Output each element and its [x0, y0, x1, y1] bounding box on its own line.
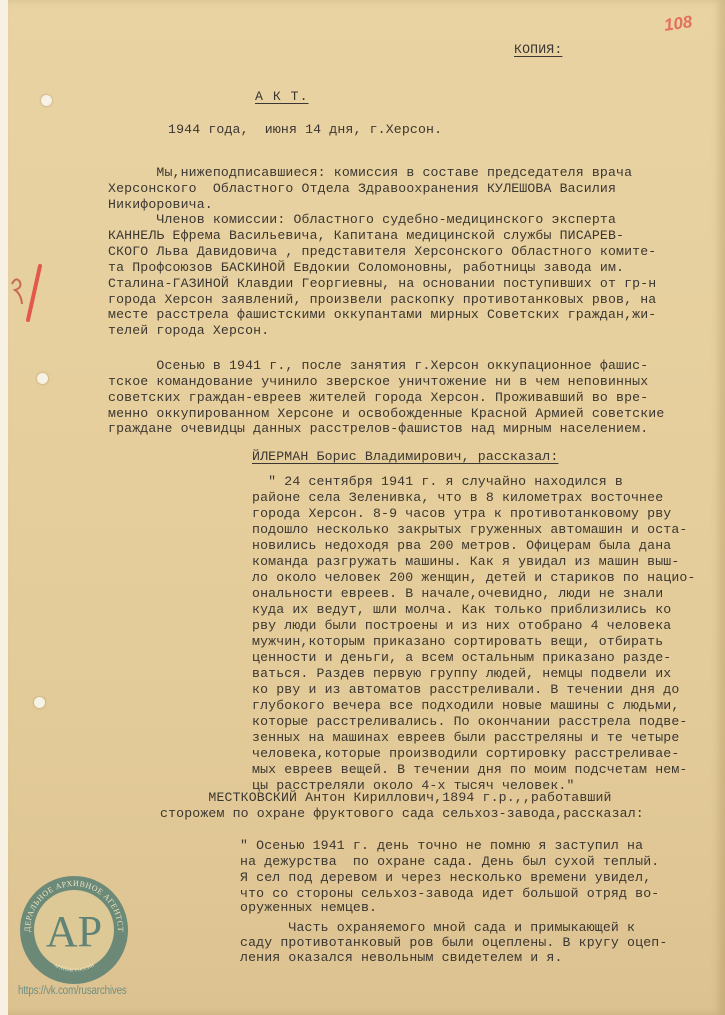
text-line: города Херсон заявлений, произвели раско… — [108, 292, 656, 308]
text-line: которые расстреливались. По окончании ра… — [252, 714, 687, 730]
date-line: 1944 года, июня 14 дня, г.Херсон. — [168, 122, 442, 138]
svg-text:АР: АР — [46, 907, 102, 956]
document-title: А К Т. — [255, 89, 308, 105]
text-line: новились недоходя рва 200 метров. Офицер… — [252, 538, 671, 554]
text-line: тское командование учинило зверское унич… — [108, 374, 648, 390]
text-line: подошло несколько закрытых груженных авт… — [252, 522, 687, 538]
punch-hole — [37, 373, 48, 384]
witness-1-heading: ЙЛЕРМАН Борис Владимирович, рассказал: — [252, 449, 558, 465]
copy-mark: КОПИЯ: — [514, 42, 562, 58]
text-line: месте расстрела фашистскими оккупантами … — [108, 307, 656, 323]
text-line: " 24 сентября 1941 г. я случайно находил… — [252, 474, 623, 490]
text-line: ваться. Раздев первую группу людей, немц… — [252, 666, 671, 682]
text-line: Сталина-ГАЗИНОЙ Клавдии Георгиевны, на о… — [108, 276, 656, 292]
text-line: ления оказался невольным свидетелем и я. — [240, 950, 563, 966]
text-line: телей города Херсон. — [108, 323, 269, 339]
punch-hole — [41, 95, 52, 106]
text-line: зенных на машинах евреев были расстрелян… — [252, 730, 679, 746]
text-line: МЕСТКОВСКИЙ Антон Кириллович,1894 г.р.,,… — [160, 790, 612, 806]
text-line: саду противотанковый ров были оцеплены. … — [240, 935, 667, 951]
text-line: советских граждан-евреев жителей города … — [108, 390, 648, 406]
text-line: оруженных немцев. — [240, 900, 377, 916]
archive-url: https://vk.com/rusarchives — [18, 985, 127, 997]
text-line: ональности евреев. В начале,очевидно, лю… — [252, 586, 663, 602]
text-line: Никифоровича. — [108, 197, 213, 213]
text-line: города Херсон. 8-9 часов утра к противот… — [252, 506, 671, 522]
text-line: ко рву и из автоматов расстреливали. В т… — [252, 682, 679, 698]
text-line: граждане очевидцы данных расстрелов-фаши… — [108, 421, 648, 437]
text-line: " Осенью 1941 г. день точно не помню я з… — [240, 838, 643, 854]
text-line: мых евреев вещей. В течении дня по моим … — [252, 762, 687, 778]
scan-edge — [0, 0, 8, 1015]
text-line: человека,которые производили сортировку … — [252, 746, 679, 762]
text-line: глубокого вечера все подходили новые маш… — [252, 698, 679, 714]
text-line: на дежурства по охране сада. День был су… — [240, 854, 659, 870]
text-line: Осенью в 1941 г., после занятия г.Херсон… — [108, 358, 648, 374]
text-line: сторожем по охране фруктового сада сельх… — [160, 806, 644, 822]
text-line: та Профсоюзов БАСКИНОЙ Евдокии Соломонов… — [108, 260, 624, 276]
punch-hole — [34, 697, 45, 708]
text-line: СКОГО Льва Давидовича , представителя Хе… — [108, 244, 656, 260]
text-line: рву люди были построены и из них отобран… — [252, 618, 671, 634]
text-line: Я сел под деревом и через несколько врем… — [240, 870, 651, 886]
text-line: ценности и деньги, а всем остальным прик… — [252, 650, 671, 666]
text-line: менно оккупированном Херсоне и освобожде… — [108, 406, 664, 422]
archive-seal-icon: ФЕДЕРАЛЬНОЕ АРХИВНОЕ АГЕНТСТВО АРХИВЫ РО… — [18, 874, 130, 986]
margin-annotation-mark — [6, 262, 46, 322]
text-line: команда разгружать машины. Как я увидал … — [252, 554, 679, 570]
text-line: Часть охраняемого мной сада и примыкающе… — [240, 920, 635, 936]
text-line: куда их ведут, шли молча. Как только при… — [252, 602, 671, 618]
text-line: Мы,нижеподписавшиеся: комиссия в составе… — [108, 165, 632, 181]
text-line: ло около человек 200 женщин, детей и ста… — [252, 570, 696, 586]
text-line: Херсонского Областного Отдела Здравоохра… — [108, 181, 616, 197]
text-line: мужчин,которым приказано сортировать вещ… — [252, 634, 663, 650]
text-line: районе села Зеленивка, что в 8 километра… — [252, 490, 663, 506]
folio-number: 108 — [663, 12, 694, 36]
text-line: КАННЕЛЬ Ефрема Васильевича, Капитана мед… — [108, 228, 624, 244]
text-line: Членов комиссии: Областного судебно-меди… — [108, 212, 616, 228]
